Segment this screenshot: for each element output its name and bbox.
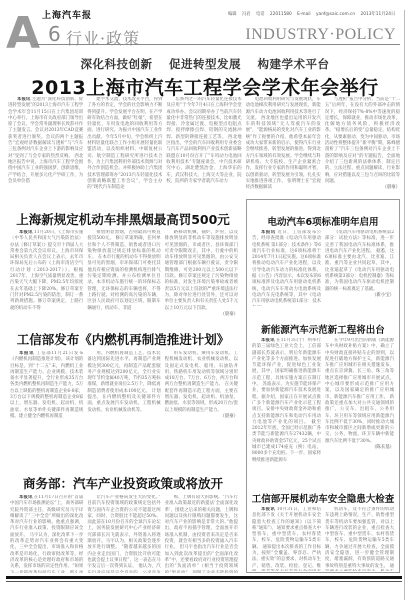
- issue-date: 2013年11月24日: [361, 12, 396, 17]
- email-address: yanf@saic.com.cn: [316, 12, 355, 17]
- footer-thick-rule: [6, 576, 402, 579]
- phone-number: 22011580: [270, 12, 292, 17]
- email-label: E-mail: [297, 12, 310, 17]
- article-headline-nev-demo: 新能源汽车示范新工程将出台: [246, 322, 400, 336]
- phone-label: 电话: [256, 12, 265, 17]
- article-headline-commerce: 商务部：汽车产业投资政策或将放开: [8, 474, 238, 492]
- lead-headline: 2013上海市汽车工程学会学术年会举行: [0, 73, 410, 100]
- article-headline-engine: 工信部发布《内燃机再制造推进计划》: [8, 330, 238, 348]
- article-body-safety-check: 本报讯 10月31日，工业和信息化部下发《关于开展机动车安全隐患大检查工作的通知…: [252, 507, 394, 571]
- article-body-smoke: 本报讯 11月20日，《上海市实施〈中华人民共和国大气污染防治法〉办法（修订草案…: [10, 230, 238, 326]
- article-body-ev-standards: 本报讯 近日，工信部发布公告，经审查批准《电动汽车用驱动电机系统 第1部分：技术…: [252, 230, 394, 306]
- article-headline-ev-standards: 电动汽车6项标准明年启用: [246, 214, 400, 228]
- lead-article-body: 本报讯 主题为“深化科技创新、促进转型发展”的2013上海市汽车工程学会学术年会…: [8, 97, 400, 197]
- section-title-en: INDUSTRY·POLICY: [245, 26, 396, 44]
- article-body-engine: 本报讯 工信部11月21日发布《内燃机再制造推进计划》，该计划的目标是，到“十二…: [10, 351, 238, 463]
- section-title-cn: 行业·政策: [66, 26, 140, 49]
- article-headline-smoke: 上海新规定机动车排黑烟最高罚500元: [8, 210, 238, 228]
- lead-kicker: 深化科技创新 促进转型发展 构建学术平台: [0, 56, 410, 72]
- page-letter: A: [6, 12, 40, 56]
- article-body-commerce: 本报讯 在11月17日召开的“首届中国汽车市场推测论坛”上，商务部研究院外资部主…: [10, 495, 238, 573]
- masthead-info: 编辑 冯岩 电话 22011580 E-mail yanf@saic.com.c…: [228, 11, 399, 17]
- article-body-nev-demo: 本报讯 在11月3日于广州举行的第三届绿色工业大会上，工信部副部长苏波表示，明后…: [252, 338, 394, 466]
- paper-name: 上海汽车报: [42, 8, 92, 21]
- editor-label: 编辑: [228, 12, 237, 17]
- footer-thin-rule: [6, 581, 402, 582]
- editor-name: 冯岩: [242, 12, 251, 17]
- page-number: 6: [48, 23, 61, 45]
- article-headline-safety-check: 工信部开展机动车安全隐患大检查: [246, 491, 400, 505]
- newspaper-page: 上海汽车报 A 6 行业·政策 编辑 冯岩 电话 22011580 E-mail…: [0, 0, 410, 609]
- masthead-divider: [34, 44, 400, 45]
